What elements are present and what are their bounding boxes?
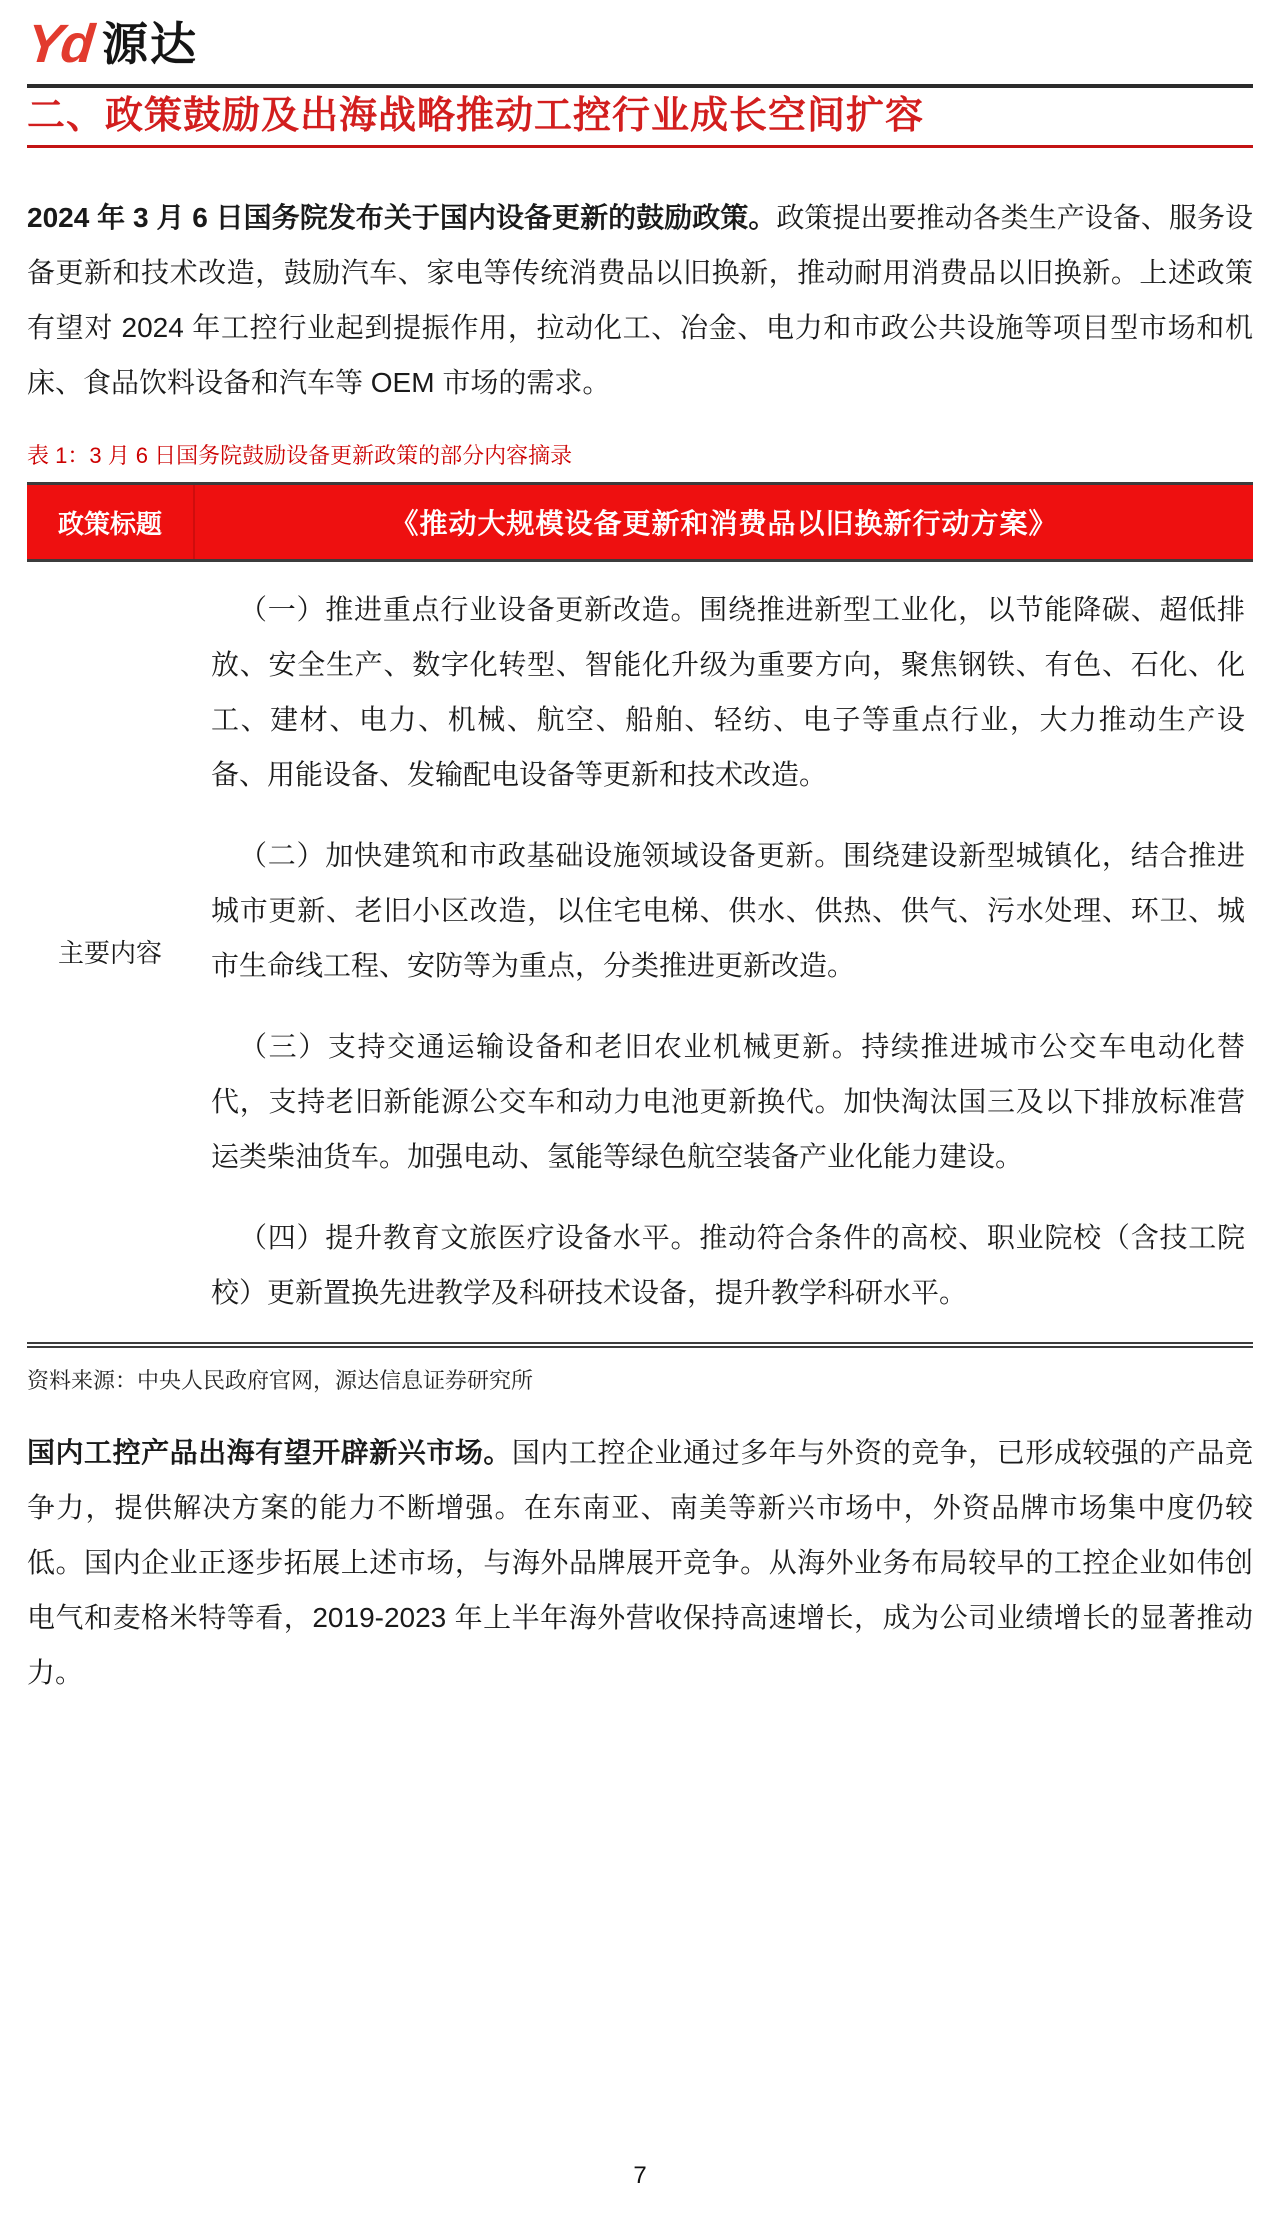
overseas-market-paragraph-lead: 国内工控产品出海有望开辟新兴市场。 [27,1437,512,1468]
policy-table: 政策标题 《推动大规模设备更新和消费品以旧换新行动方案》 主要内容 （一）推进重… [27,482,1253,1348]
section-heading: 二、政策鼓励及出海战略推动工控行业成长空间扩容 [27,88,1253,148]
policy-item-3: （三）支持交通运输设备和老旧农业机械更新。持续推进城市公交车电动化替代，支持老旧… [211,1019,1245,1184]
main-content-label-cell: 主要内容 [27,933,193,970]
policy-title-header-cell: 政策标题 [27,485,195,559]
overseas-market-paragraph: 国内工控产品出海有望开辟新兴市场。国内工控企业通过多年与外资的竞争，已形成较强的… [27,1425,1253,1700]
table-header-row: 政策标题 《推动大规模设备更新和消费品以旧换新行动方案》 [27,482,1253,562]
overseas-market-paragraph-body: 国内工控企业通过多年与外资的竞争，已形成较强的产品竞争力，提供解决方案的能力不断… [27,1437,1253,1688]
policy-title-value-cell: 《推动大规模设备更新和消费品以旧换新行动方案》 [195,502,1253,542]
logo-company-name: 源达 [102,21,198,67]
intro-paragraph: 2024 年 3 月 6 日国务院发布关于国内设备更新的鼓励政策。政策提出要推动… [27,190,1253,410]
intro-paragraph-lead: 2024 年 3 月 6 日国务院发布关于国内设备更新的鼓励政策。 [27,202,776,233]
table-body-row: 主要内容 （一）推进重点行业设备更新改造。围绕推进新型工业化，以节能降碳、超低排… [27,562,1253,1342]
policy-item-4: （四）提升教育文旅医疗设备水平。推动符合条件的高校、职业院校（含技工院校）更新置… [211,1210,1245,1320]
brand-logo: Yd 源达 [27,0,1253,80]
table-source-line: 资料来源：中央人民政府官网，源达信息证券研究所 [27,1364,1253,1395]
page-number: 7 [0,2162,1280,2190]
policy-item-2: （二）加快建筑和市政基础设施领域设备更新。围绕建设新型城镇化，结合推进城市更新、… [211,828,1245,993]
logo-mark-icon: Yd [24,17,95,71]
policy-item-1: （一）推进重点行业设备更新改造。围绕推进新型工业化，以节能降碳、超低排放、安全生… [211,582,1245,802]
table-caption: 表 1：3 月 6 日国务院鼓励设备更新政策的部分内容摘录 [27,442,1253,470]
report-page: Yd 源达 二、政策鼓励及出海战略推动工控行业成长空间扩容 2024 年 3 月… [0,0,1280,1700]
main-content-cell: （一）推进重点行业设备更新改造。围绕推进新型工业化，以节能降碳、超低排放、安全生… [193,582,1253,1320]
